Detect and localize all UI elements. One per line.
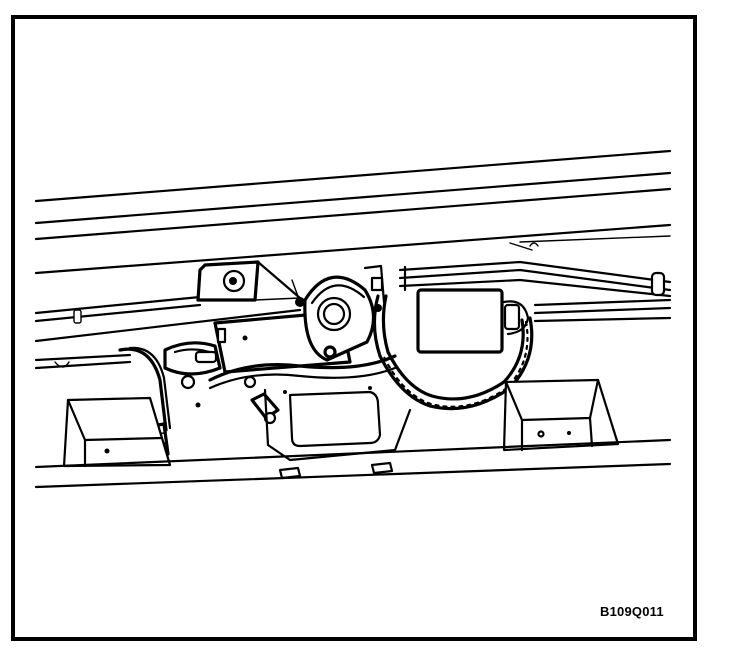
cowl-panel-lines [36,151,670,273]
center-plate [196,386,411,460]
right-mount-bracket [504,380,618,450]
pivot-bracket [198,262,300,300]
technical-drawing [0,0,736,660]
left-mount-bracket [64,398,170,466]
figure-code: B109Q011 [600,604,664,619]
